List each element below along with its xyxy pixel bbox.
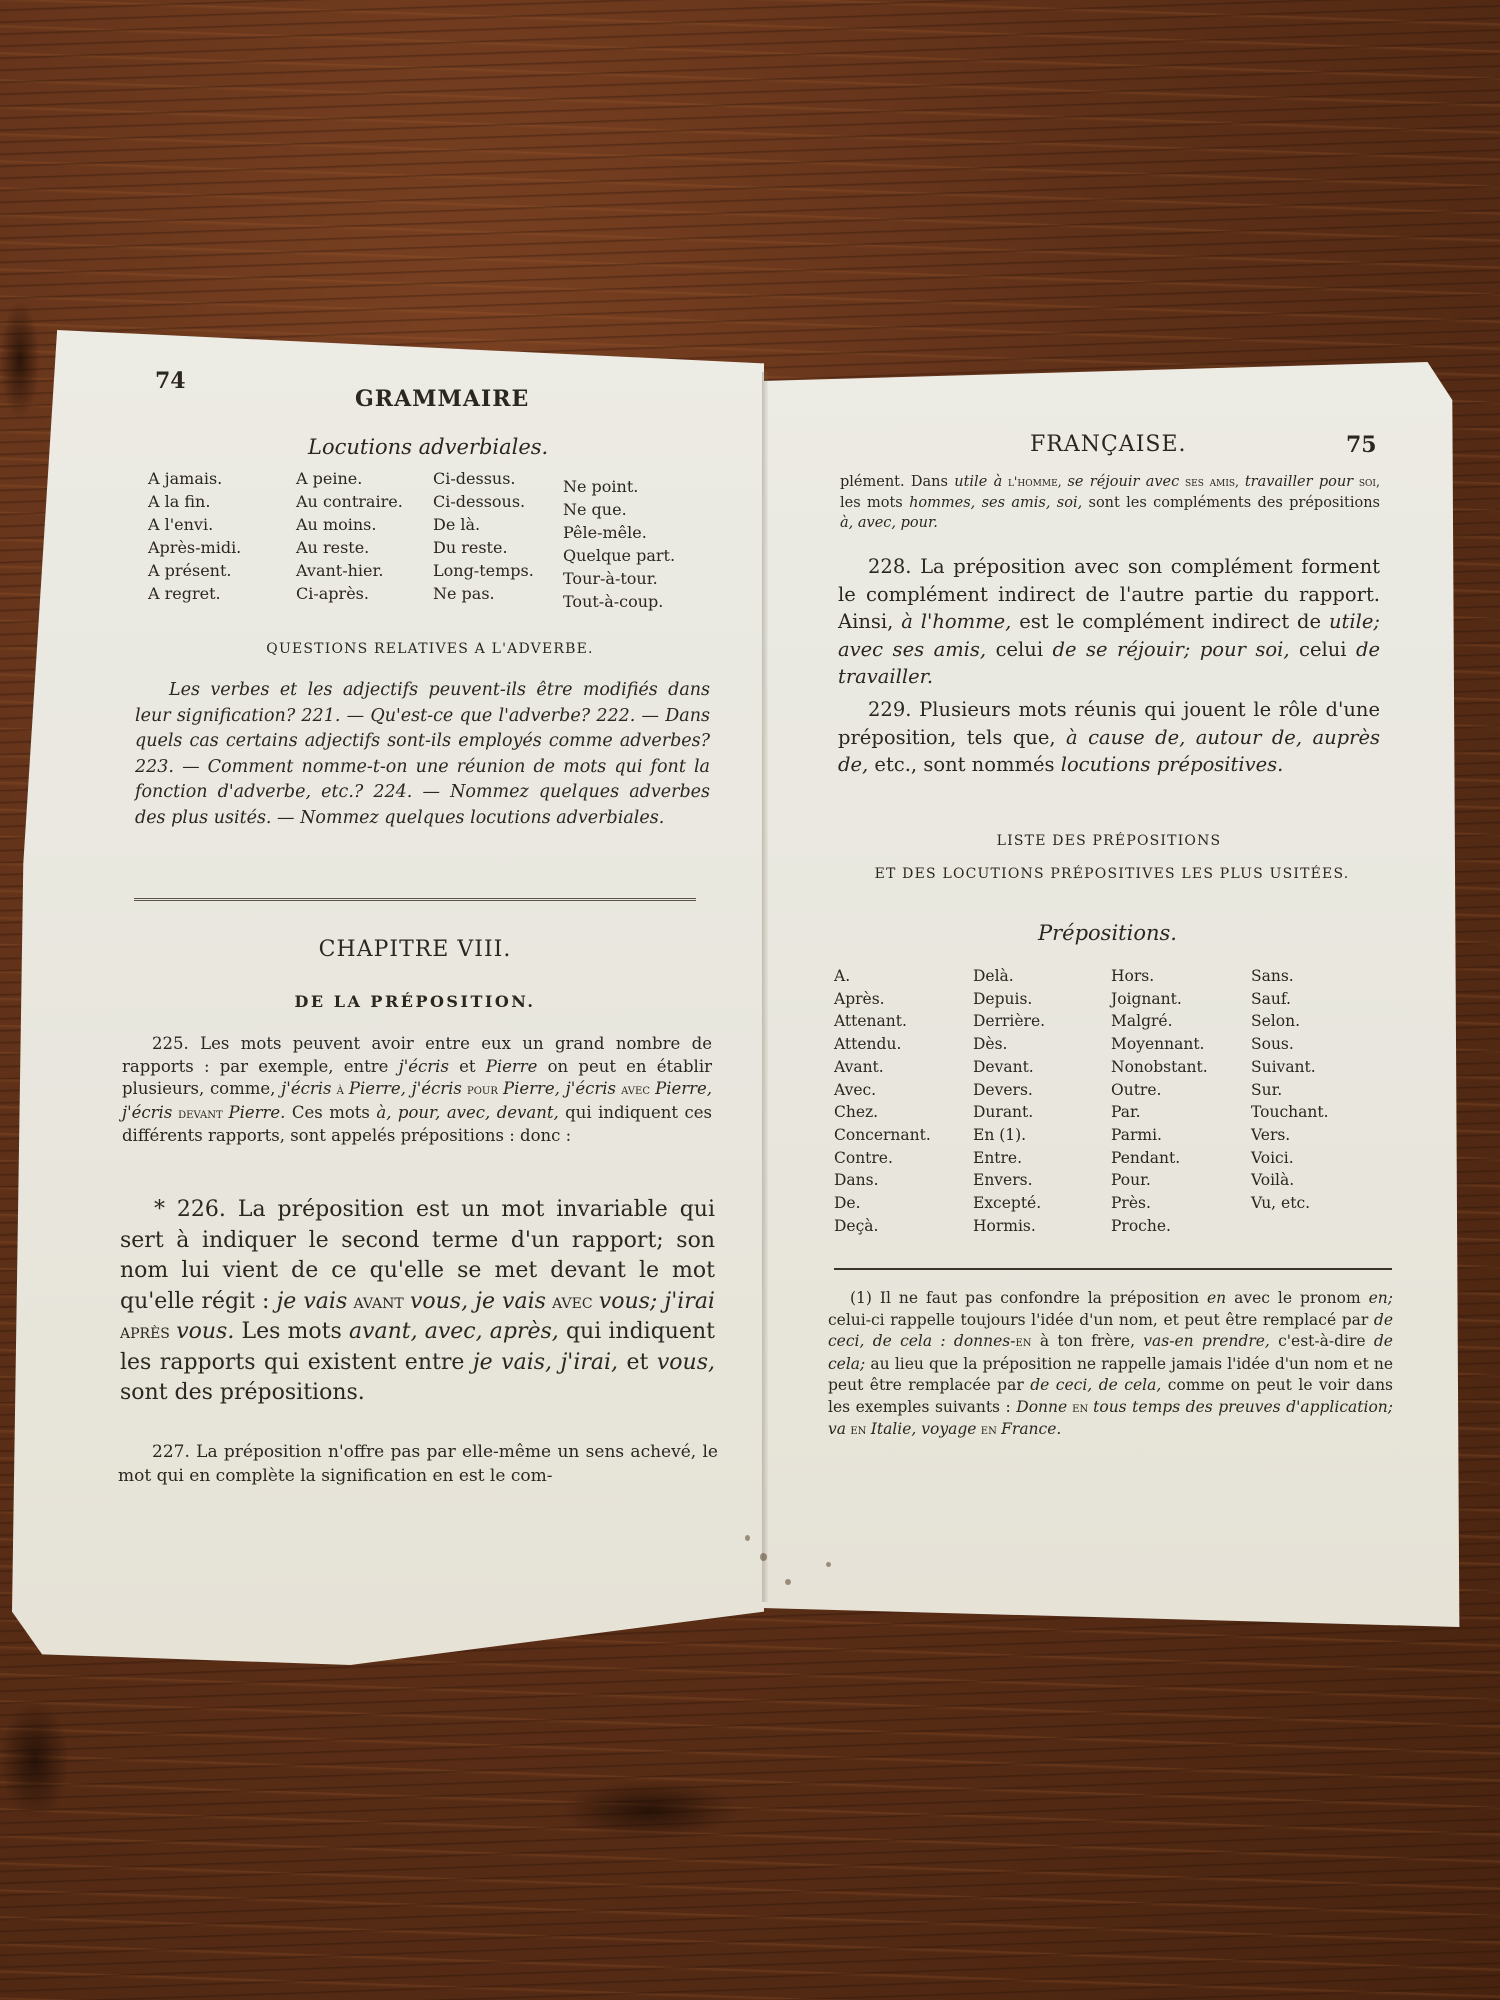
chapter-subtitle: DE LA PRÉPOSITION. — [134, 992, 696, 1011]
small-caps-text: ses amis, — [1179, 475, 1245, 490]
chapter-divider-rule — [134, 898, 696, 901]
text: et — [618, 1350, 657, 1375]
table-cell: Près. — [1111, 1192, 1251, 1215]
table-cell: Chez. — [834, 1101, 973, 1124]
table-cell: Depuis. — [973, 988, 1111, 1011]
page-number-left: 74 — [155, 368, 186, 394]
table-cell: En (1). — [973, 1124, 1111, 1147]
italic-text: en; — [1369, 1289, 1393, 1307]
italic-text: à l'homme, — [901, 610, 1011, 633]
table-cell: Selon. — [1251, 1010, 1391, 1033]
italic-text: Donne — [1016, 1398, 1067, 1416]
small-caps-text: en — [976, 1422, 1001, 1438]
table-cell: Ne point. — [563, 475, 708, 498]
paragraph-number: 225. — [152, 1034, 189, 1053]
italic-text: hommes, ses amis, soi, — [909, 495, 1082, 511]
table-cell: Pour. — [1111, 1169, 1251, 1192]
table-cell: Ci-après. — [296, 582, 433, 605]
table-cell: Attenant. — [834, 1010, 973, 1033]
text: et — [449, 1057, 486, 1076]
table-cell: A. — [834, 965, 973, 988]
small-caps-text: soi, — [1353, 475, 1380, 490]
prepositions-table: A.Delà.Hors.Sans. Après.Depuis.Joignant.… — [834, 965, 1394, 1237]
list-heading-line-1: LISTE DES PRÉPOSITIONS — [838, 833, 1380, 849]
list-heading-line-2: ET DES LOCUTIONS PRÉPOSITIVES LES PLUS U… — [832, 866, 1392, 882]
table-cell: Excepté. — [973, 1192, 1111, 1215]
italic-text: j'écris — [281, 1079, 331, 1098]
small-caps-text: avec — [546, 1290, 599, 1313]
table-cell: Après-midi. — [148, 536, 296, 559]
paragraph-number: 227. — [152, 1442, 190, 1462]
table-cell: Envers. — [973, 1169, 1111, 1192]
table-cell — [1251, 1215, 1391, 1238]
italic-text: vous, — [657, 1350, 715, 1375]
italic-text: se réjouir avec — [1067, 474, 1179, 490]
table-cell: Hors. — [1111, 965, 1251, 988]
adverbial-locutions-table: A jamais. A peine. Ci-dessus. Ne point. … — [148, 467, 708, 605]
table-cell: Voici. — [1251, 1147, 1391, 1170]
text: etc., sont nommés — [868, 753, 1060, 776]
paragraph-227-continued: plément. Dans utile à l'homme, se réjoui… — [840, 472, 1380, 533]
table-cell: Dès. — [973, 1033, 1111, 1056]
table-cell: Ci-dessus. — [433, 467, 563, 490]
table-cell: Vers. — [1251, 1124, 1391, 1147]
table-cell: Suivant. — [1251, 1056, 1391, 1079]
table-cell: Malgré. — [1111, 1010, 1251, 1033]
italic-text: Pierre. — [228, 1103, 285, 1122]
italic-text: vous. — [176, 1319, 234, 1344]
footnote: (1) Il ne faut pas confondre la préposit… — [828, 1288, 1393, 1442]
small-caps-text: en — [1067, 1400, 1093, 1416]
table-cell: Tout-à-coup. — [563, 590, 708, 613]
text: Les mots — [234, 1319, 349, 1344]
paragraph-number: * 226. — [154, 1197, 226, 1222]
table-cell: Voilà. — [1251, 1169, 1391, 1192]
table-cell: Au moins. — [296, 513, 433, 536]
table-cell: Pêle-mêle. — [563, 521, 708, 544]
table-cell: Attendu. — [834, 1033, 973, 1056]
text: sont les compléments des prépositions — [1082, 495, 1380, 511]
small-caps-text: avec — [616, 1082, 655, 1098]
paragraph-229: 229. Plusieurs mots réunis qui jouent le… — [838, 696, 1380, 779]
page-number-right: 75 — [1346, 432, 1377, 458]
table-cell: Par. — [1111, 1101, 1251, 1124]
prepositions-subtitle: Prépositions. — [1038, 921, 1177, 945]
table-cell: Deçà. — [834, 1215, 973, 1238]
italic-text: vas-en prendre, — [1143, 1332, 1270, 1350]
text: Ces mots — [285, 1103, 376, 1122]
paragraph-226: * 226. La préposition est un mot invaria… — [120, 1195, 715, 1409]
text: c'est-à-dire — [1270, 1332, 1374, 1350]
paper-stain — [760, 1553, 767, 1561]
italic-text: Pierre, j'écris — [503, 1079, 616, 1098]
running-head-right: FRANÇAISE. — [1030, 432, 1187, 457]
text: celui — [1290, 638, 1356, 661]
table-cell: Touchant. — [1251, 1101, 1391, 1124]
table-cell: Contre. — [834, 1147, 973, 1170]
table-cell: Delà. — [973, 965, 1111, 988]
questions-paragraph: Les verbes et les adjectifs peuvent-ils … — [135, 678, 710, 831]
small-caps-text: pour — [462, 1082, 503, 1098]
table-cell: A regret. — [148, 582, 296, 605]
table-cell: Ne pas. — [433, 582, 563, 605]
table-cell: Concernant. — [834, 1124, 973, 1147]
table-cell: Joignant. — [1111, 988, 1251, 1011]
book-gutter — [762, 372, 768, 1602]
small-caps-text: après — [120, 1320, 176, 1343]
text: celui — [986, 638, 1052, 661]
table-cell: Après. — [834, 988, 973, 1011]
small-caps-text: devant — [172, 1106, 228, 1122]
table-cell: Durant. — [973, 1101, 1111, 1124]
paragraph-number: 228. — [868, 555, 911, 578]
running-head-left: GRAMMAIRE — [355, 386, 529, 412]
wood-knot — [0, 1700, 70, 1820]
table-cell: Devant. — [973, 1056, 1111, 1079]
table-cell: Avant-hier. — [296, 559, 433, 582]
small-caps-text: l'homme, — [1002, 475, 1067, 490]
paragraph-227: 227. La préposition n'offre pas par elle… — [118, 1440, 718, 1488]
table-cell: Du reste. — [433, 536, 563, 559]
italic-text: à, pour, avec, devant, — [376, 1103, 558, 1122]
paper-stain — [785, 1579, 791, 1585]
table-cell: A peine. — [296, 467, 433, 490]
text: (1) Il ne faut pas confondre la préposit… — [850, 1289, 1207, 1307]
italic-text: je vais, j'irai, — [473, 1350, 618, 1375]
wood-knot — [0, 300, 40, 420]
italic-text: à, avec, pour. — [840, 515, 938, 531]
table-cell: Nonobstant. — [1111, 1056, 1251, 1079]
table-cell: Ci-dessous. — [433, 490, 563, 513]
table-cell: De là. — [433, 513, 563, 536]
italic-text: de ceci, de cela, — [1030, 1376, 1161, 1394]
table-cell: Sur. — [1251, 1079, 1391, 1102]
text: plément. Dans — [840, 474, 954, 490]
table-cell: A présent. — [148, 559, 296, 582]
italic-text: travailler pour — [1245, 474, 1353, 490]
italic-text: avant, avec, après, — [349, 1319, 559, 1344]
italic-text: France. — [1001, 1420, 1061, 1438]
small-caps-text: à — [331, 1082, 348, 1098]
table-cell: Parmi. — [1111, 1124, 1251, 1147]
wood-knot — [560, 1780, 740, 1840]
table-cell: A jamais. — [148, 467, 296, 490]
text: celui-ci rappelle toujours l'idée d'un n… — [828, 1311, 1374, 1329]
paragraph-225: 225. Les mots peuvent avoir entre eux un… — [122, 1033, 712, 1148]
italic-text: je vais — [276, 1289, 347, 1314]
table-cell: Quelque part. — [563, 544, 708, 567]
table-cell: Ne que. — [563, 498, 708, 521]
text: avec le pronom — [1226, 1289, 1368, 1307]
paragraph-number: 229. — [868, 698, 911, 721]
italic-text: utile à — [954, 474, 1002, 490]
table-cell: Entre. — [973, 1147, 1111, 1170]
section-title-adverbial-locutions: Locutions adverbiales. — [308, 435, 548, 459]
table-cell: Au contraire. — [296, 490, 433, 513]
italic-text: Italie, voyage — [871, 1420, 977, 1438]
small-caps-text: en — [1015, 1334, 1031, 1350]
table-cell: Sans. — [1251, 965, 1391, 988]
italic-text: vous; j'irai — [599, 1289, 715, 1314]
small-caps-text: avant — [347, 1290, 410, 1313]
italic-text: Pierre — [486, 1057, 538, 1076]
questions-heading: QUESTIONS RELATIVES A L'ADVERBE. — [150, 641, 710, 657]
table-cell: Long-temps. — [433, 559, 563, 582]
italic-text: en — [1207, 1289, 1226, 1307]
table-cell: Derrière. — [973, 1010, 1111, 1033]
italic-text: Pierre, j'écris — [349, 1079, 462, 1098]
small-caps-text: en — [846, 1422, 871, 1438]
footnote-rule — [834, 1268, 1392, 1270]
paragraph-228: 228. La préposition avec son complément … — [838, 553, 1380, 691]
table-cell: A l'envi. — [148, 513, 296, 536]
table-cell: Avec. — [834, 1079, 973, 1102]
italic-text: vous, je vais — [410, 1289, 546, 1314]
chapter-title: CHAPITRE VIII. — [134, 937, 696, 962]
text: les mots — [840, 495, 909, 511]
table-cell: Tour-à-tour. — [563, 567, 708, 590]
table-cell: Hormis. — [973, 1215, 1111, 1238]
paper-stain — [826, 1562, 831, 1567]
table-cell: Pendant. — [1111, 1147, 1251, 1170]
paper-stain — [745, 1535, 750, 1541]
table-cell: Au reste. — [296, 536, 433, 559]
table-cell: De. — [834, 1192, 973, 1215]
italic-text: locutions prépositives. — [1061, 753, 1284, 776]
table-cell: Outre. — [1111, 1079, 1251, 1102]
table-cell: Devers. — [973, 1079, 1111, 1102]
table-cell: Vu, etc. — [1251, 1192, 1391, 1215]
text: sont des prépositions. — [120, 1380, 365, 1405]
italic-text: de se réjouir; pour soi, — [1053, 638, 1290, 661]
italic-text: j'écris — [399, 1057, 449, 1076]
text: est le complément indirect de — [1011, 610, 1329, 633]
table-cell: Dans. — [834, 1169, 973, 1192]
table-cell: Proche. — [1111, 1215, 1251, 1238]
table-cell: Avant. — [834, 1056, 973, 1079]
table-cell: Moyennant. — [1111, 1033, 1251, 1056]
table-cell: Sauf. — [1251, 988, 1391, 1011]
text: La préposition n'offre pas par elle-même… — [118, 1442, 718, 1486]
table-cell: A la fin. — [148, 490, 296, 513]
text: à ton frère, — [1032, 1332, 1144, 1350]
table-cell: Sous. — [1251, 1033, 1391, 1056]
